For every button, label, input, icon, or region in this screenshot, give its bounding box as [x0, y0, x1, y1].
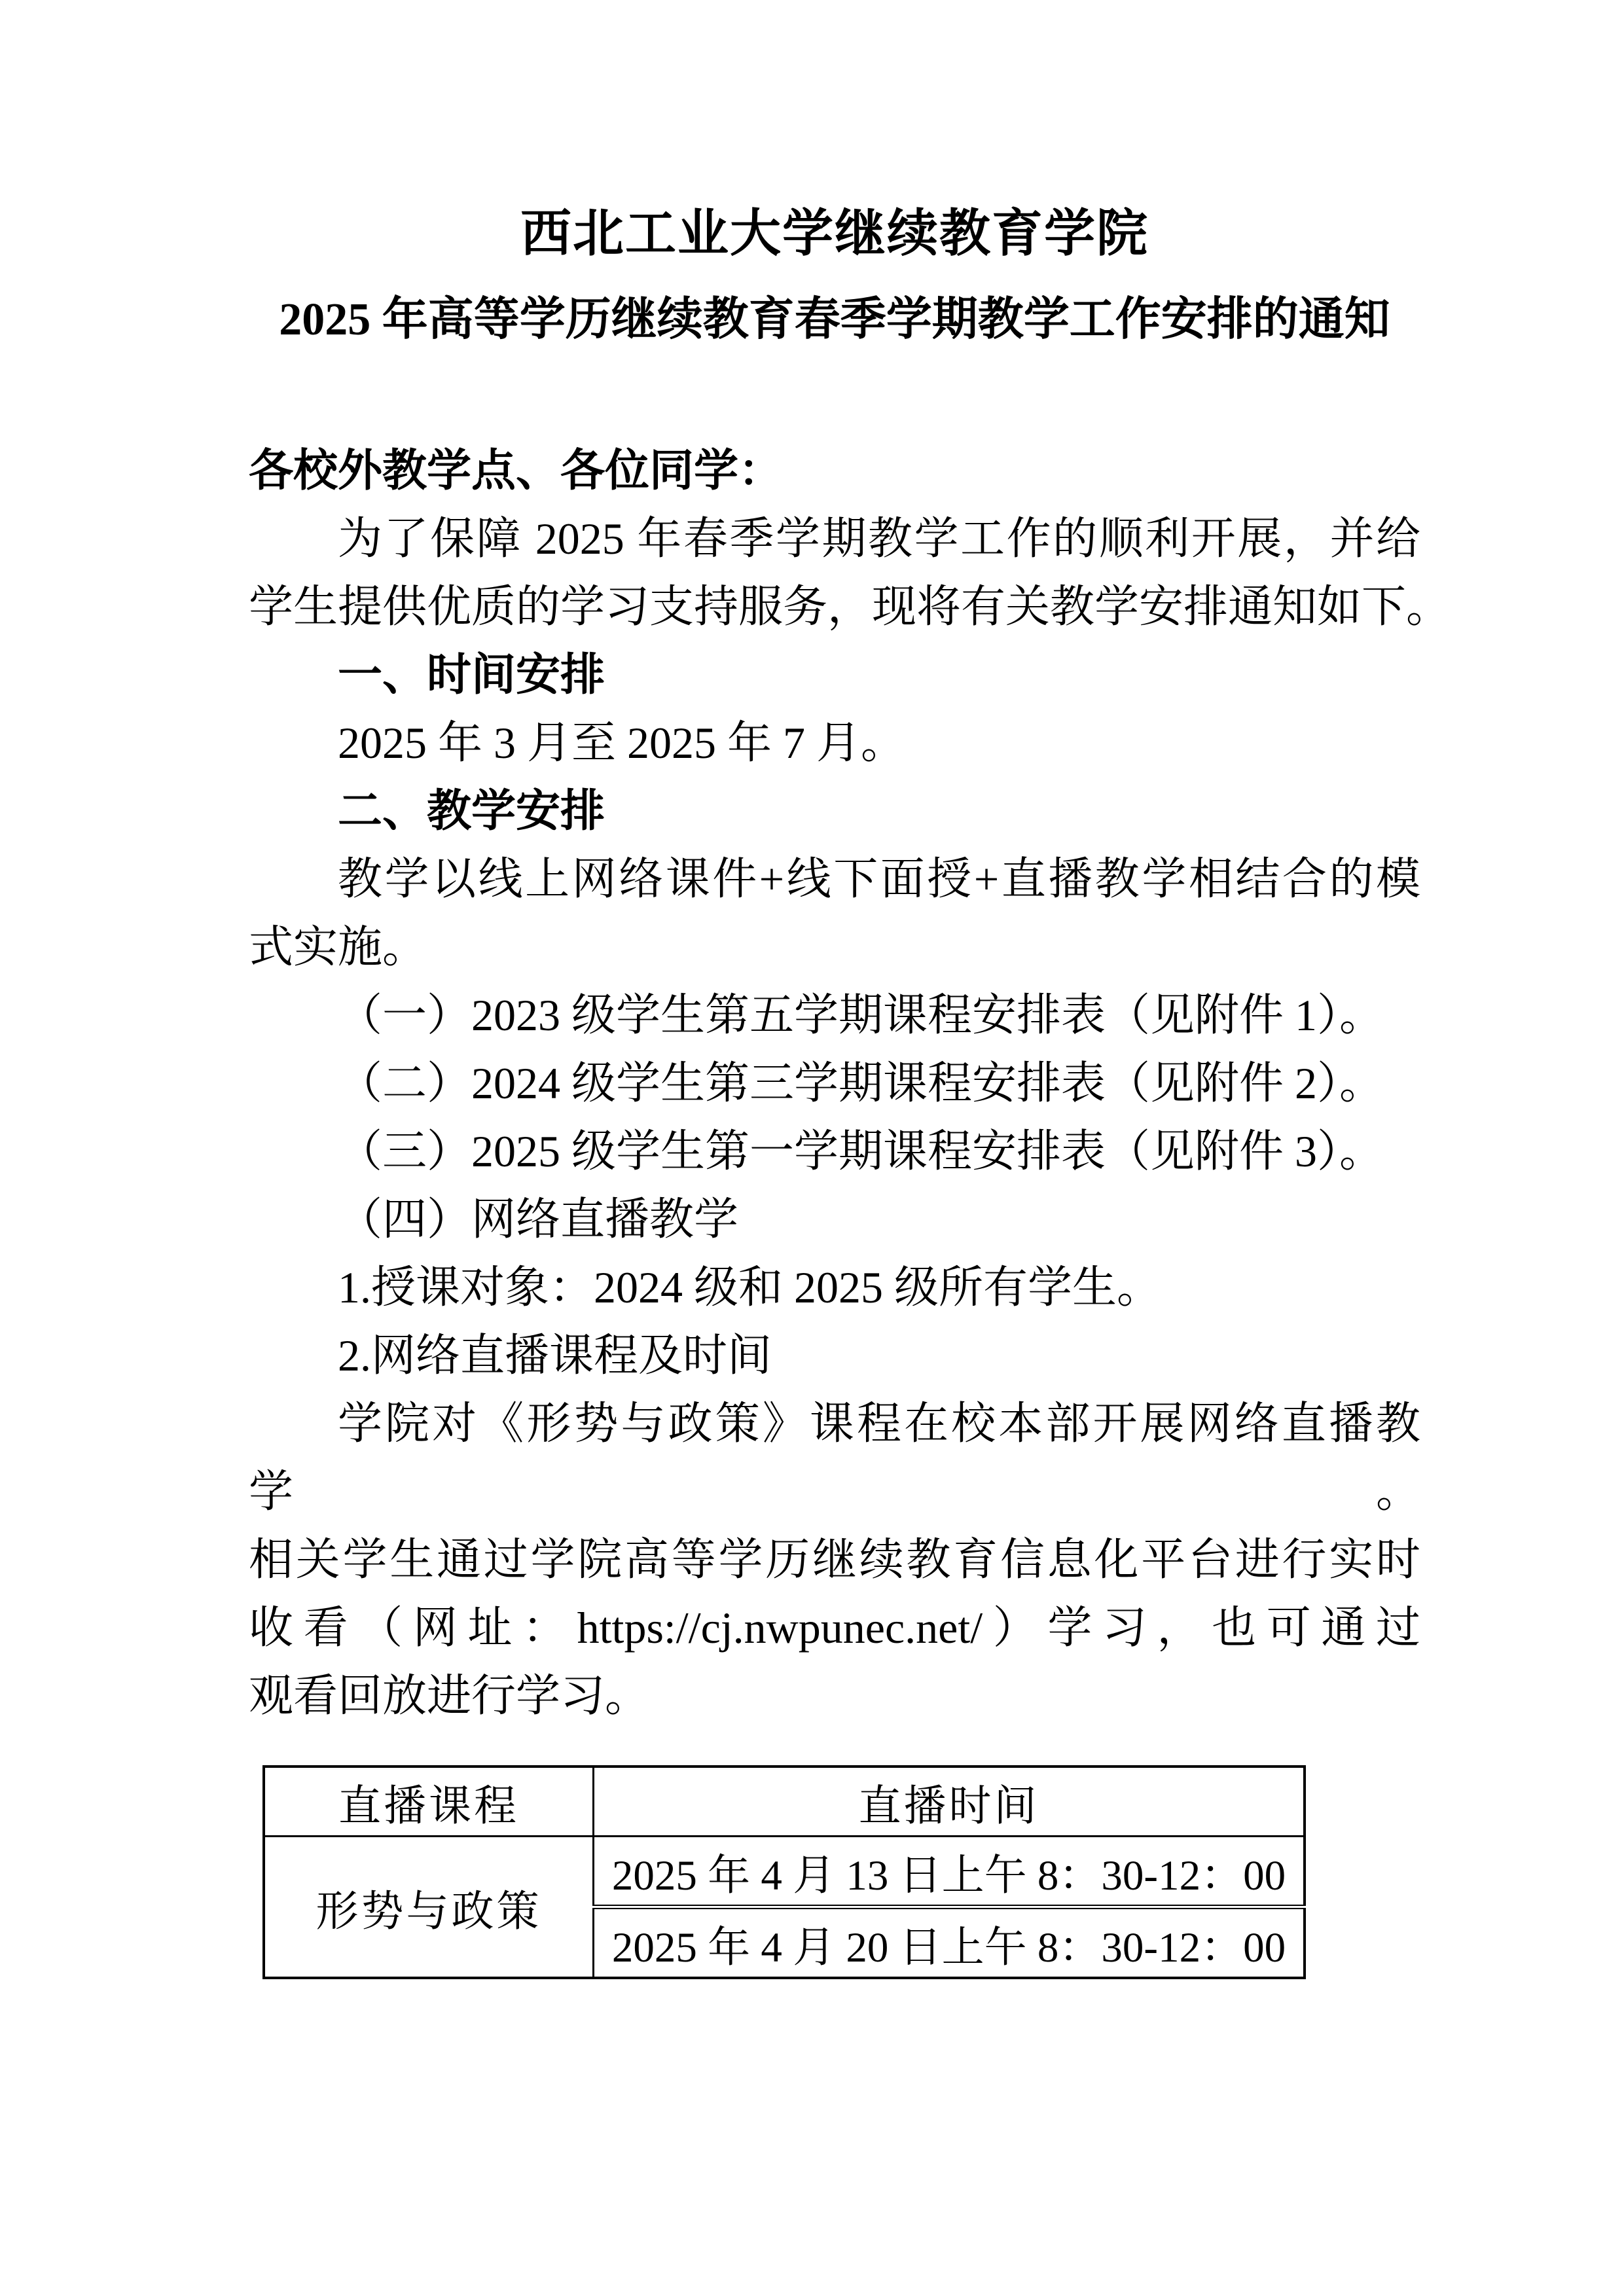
numbered-item-2: 2.网络直播课程及时间	[249, 1321, 1420, 1390]
salutation-line: 各校外教学点、各位同学：	[249, 437, 1420, 505]
numbered-item-1: 1.授课对象：2024 级和 2025 级所有学生。	[249, 1253, 1420, 1321]
document-page: 西北工业大学继续教育学院 2025 年高等学历继续教育春季学期教学工作安排的通知…	[0, 0, 1624, 2296]
paragraph-line: 2025 年 3 月至 2025 年 7 月。	[249, 709, 1420, 777]
time-cell-2: 2025 年 4 月 20 日上午 8：30-12：00	[594, 1907, 1305, 1979]
list-item-1: （一）2023 级学生第五学期课程安排表（见附件 1）。	[249, 981, 1420, 1049]
paragraph-line: 观看回放进行学习。	[249, 1662, 1420, 1730]
paragraph-line: 学生提供优质的学习支持服务，现将有关教学安排通知如下。	[249, 573, 1420, 641]
table-header-course: 直播课程	[264, 1767, 594, 1837]
section-heading-1: 一、时间安排	[249, 641, 1420, 709]
table-header-row: 直播课程 直播时间	[264, 1767, 1305, 1837]
document-body: 各校外教学点、各位同学： 为了保障 2025 年春季学期教学工作的顺利开展，并给…	[249, 437, 1420, 1730]
document-content: 西北工业大学继续教育学院 2025 年高等学历继续教育春季学期教学工作安排的通知…	[249, 0, 1420, 1979]
paragraph-line: 教学以线上网络课件+线下面授+直播教学相结合的模	[249, 845, 1420, 913]
document-subtitle: 2025 年高等学历继续教育春季学期教学工作安排的通知	[249, 294, 1420, 346]
paragraph-line: 相关学生通过学院高等学历继续教育信息化平台进行实时	[249, 1526, 1420, 1594]
list-item-3: （三）2025 级学生第一学期课程安排表（见附件 3）。	[249, 1117, 1420, 1185]
list-item-2: （二）2024 级学生第三学期课程安排表（见附件 2）。	[249, 1049, 1420, 1117]
table-row-1: 形势与政策 2025 年 4 月 13 日上午 8：30-12：00	[264, 1837, 1305, 1907]
paragraph-line-url: 收看（网址：https://cj.nwpunec.net/）学习，也可通过	[249, 1594, 1420, 1662]
paragraph-line: 为了保障 2025 年春季学期教学工作的顺利开展，并给	[249, 505, 1420, 573]
section-heading-2: 二、教学安排	[249, 777, 1420, 845]
list-item-4: （四）网络直播教学	[249, 1185, 1420, 1253]
time-cell-1: 2025 年 4 月 13 日上午 8：30-12：00	[594, 1837, 1305, 1907]
live-schedule-table: 直播课程 直播时间 形势与政策 2025 年 4 月 13 日上午 8：30-1…	[262, 1765, 1306, 1979]
paragraph-line: 学院对《形势与政策》课程在校本部开展网络直播教学。	[249, 1390, 1420, 1526]
document-title: 西北工业大学继续教育学院	[249, 205, 1420, 262]
course-name-cell: 形势与政策	[264, 1837, 594, 1979]
table-header-time: 直播时间	[594, 1767, 1305, 1837]
paragraph-line: 式实施。	[249, 913, 1420, 981]
